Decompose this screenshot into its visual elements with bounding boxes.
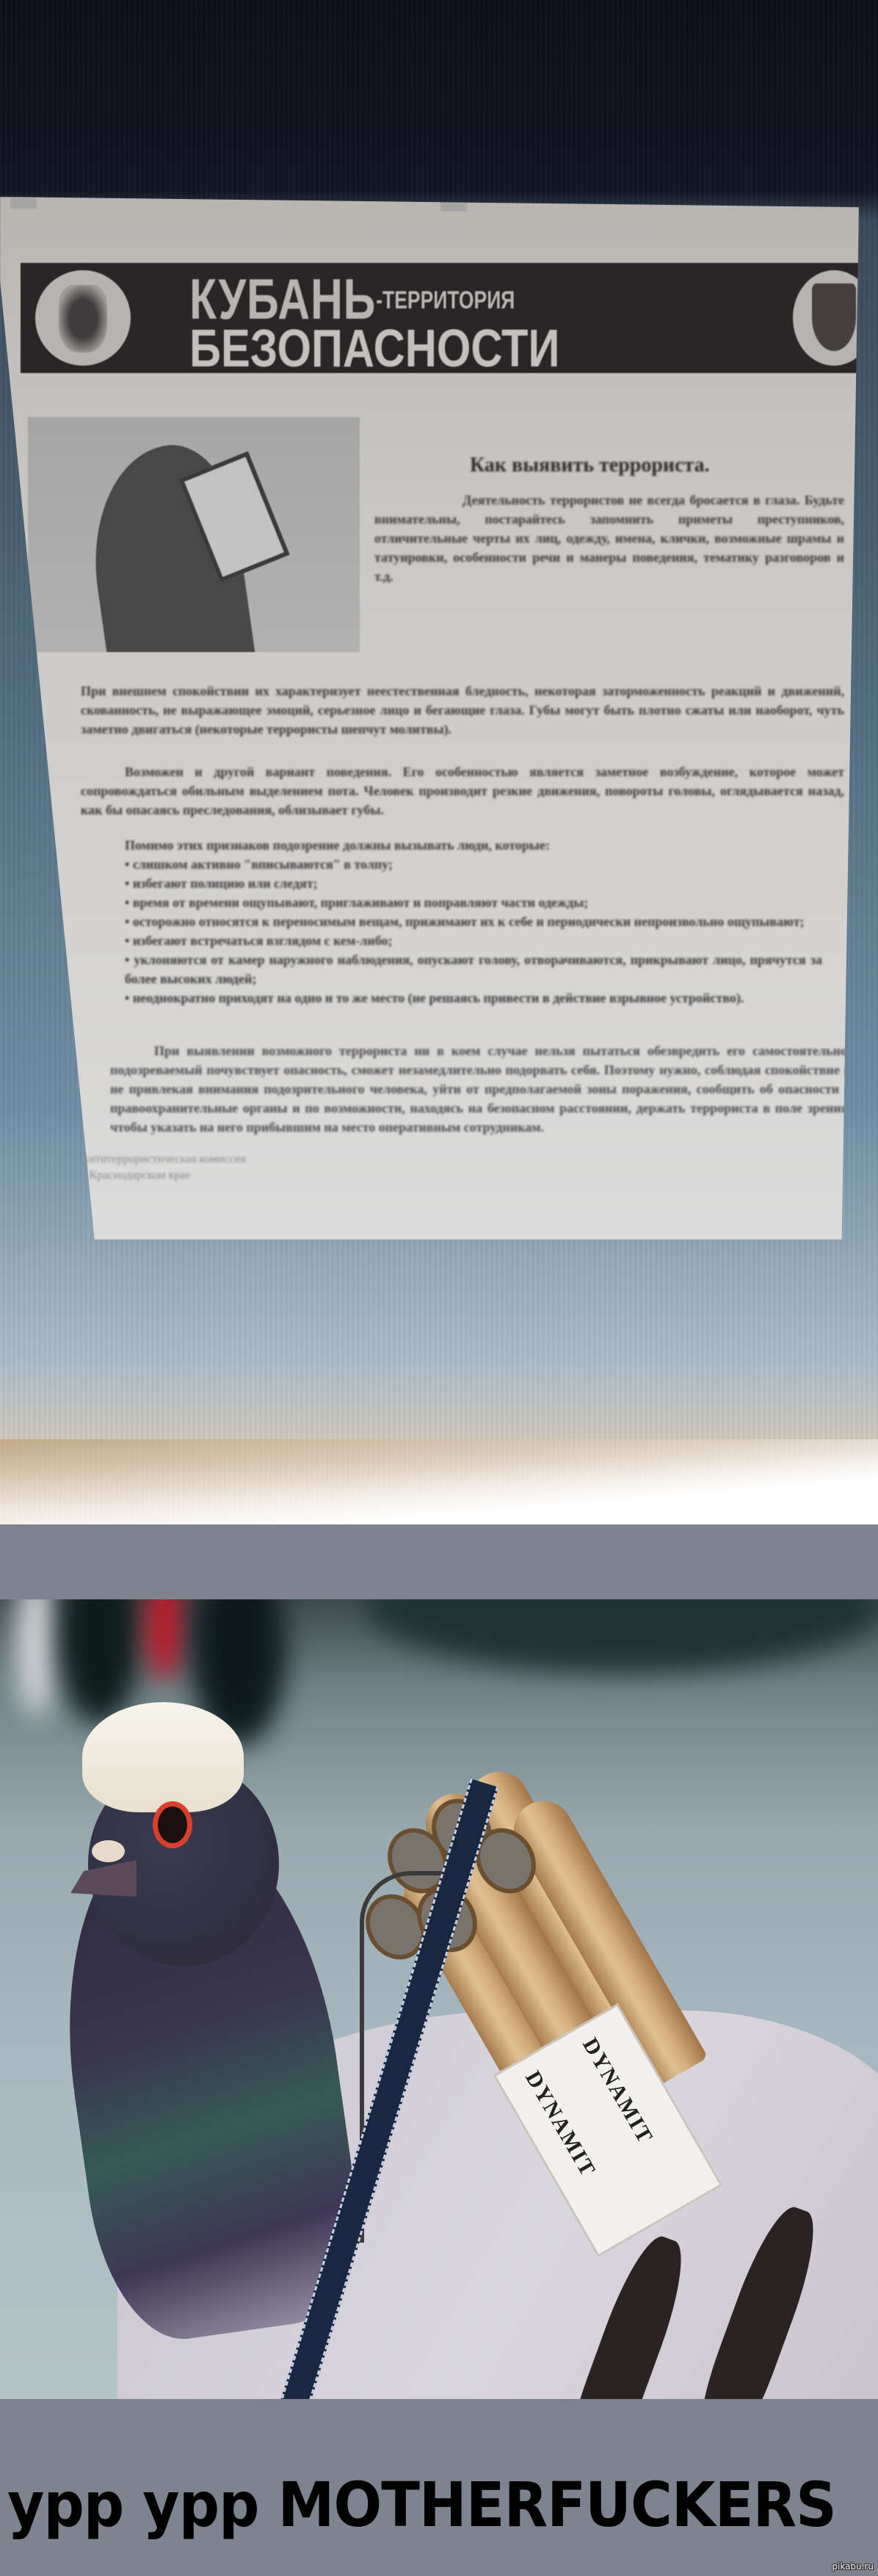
shield-shape	[812, 283, 856, 351]
poster-bullet-intro: Помимо этих признаков подозрение должны …	[125, 836, 822, 855]
poster-banner: КУБАНЬ-ТЕРРИТОРИЯ БЕЗОПАСНОСТИ	[21, 263, 878, 373]
poster-bullet-section: Помимо этих признаков подозрение должны …	[125, 836, 822, 1007]
background-blur	[367, 1599, 878, 1673]
pigeon-photo-panel: DYNAMIT DYNAMIT	[0, 1599, 878, 2399]
turban	[82, 1702, 244, 1812]
pigeon-cere	[92, 1840, 125, 1862]
dynamite-label-text: DYNAMIT	[520, 2067, 596, 2175]
background-blur	[147, 1599, 184, 1680]
bullet-item: осторожно относятся к переносимым вещам,…	[125, 912, 822, 931]
signature-line: в Краснодарском крае	[81, 1168, 246, 1184]
bullet-item: время от времени ощупывают, приглаживают…	[125, 893, 822, 912]
bullet-item: неоднократно приходят на одно и то же ме…	[125, 988, 822, 1007]
tape-piece	[440, 201, 467, 211]
bullet-item: избегают полицию или следят;	[125, 874, 822, 893]
poster-signature: Антитеррористическая комиссия в Краснода…	[81, 1151, 246, 1184]
poster-paragraph-3: Возможен и другой вариант поведения. Его…	[81, 762, 844, 820]
dynamite-label-text: DYNAMIT	[577, 2034, 653, 2142]
poster-heading: Как выявить террориста.	[470, 454, 710, 477]
poster-closing-paragraph: При выявлении возможного террориста ни в…	[110, 1041, 852, 1137]
pigeon-eye	[153, 1801, 192, 1848]
light-glare	[0, 1439, 878, 1524]
banner-title-sub: -ТЕРРИТОРИЯ	[376, 286, 515, 314]
background-blur	[15, 1599, 59, 1717]
poster-paragraph-2: При внешнем спокойствии их характеризует…	[81, 681, 844, 739]
signature-line: Антитеррористическая комиссия	[81, 1151, 246, 1168]
bullet-item: уклоняются от камер наружного наблюдения…	[125, 950, 822, 988]
security-poster: КУБАНЬ-ТЕРРИТОРИЯ БЕЗОПАСНОСТИ Как выяви…	[0, 197, 859, 1240]
tape-piece	[10, 198, 37, 209]
poster-paragraph-1: Деятельность террористов не всегда броса…	[374, 491, 844, 586]
site-watermark: pikabu.ru	[832, 2561, 874, 2572]
coat-of-arms-icon	[35, 270, 131, 366]
bullet-item: слишком активно "вписываются" в толпу;	[125, 855, 822, 874]
poster-bullet-list: слишком активно "вписываются" в толпу; и…	[125, 855, 822, 1007]
meme-caption: урр урр MOTHERFUCKERS	[7, 2469, 836, 2541]
crest-shape	[59, 285, 107, 352]
poster-pigeon-image	[28, 417, 360, 652]
banner-title-line2: БЕЗОПАСНОСТИ	[189, 319, 559, 379]
caption-band: урр урр MOTHERFUCKERS pikabu.ru	[0, 2399, 878, 2576]
poster-photo-panel: КУБАНЬ-ТЕРРИТОРИЯ БЕЗОПАСНОСТИ Как выяви…	[0, 0, 878, 1524]
bullet-item: избегают встречаться взглядом с кем-либо…	[125, 931, 822, 950]
panel-divider	[0, 1524, 878, 1599]
background-blur	[59, 1599, 139, 1724]
